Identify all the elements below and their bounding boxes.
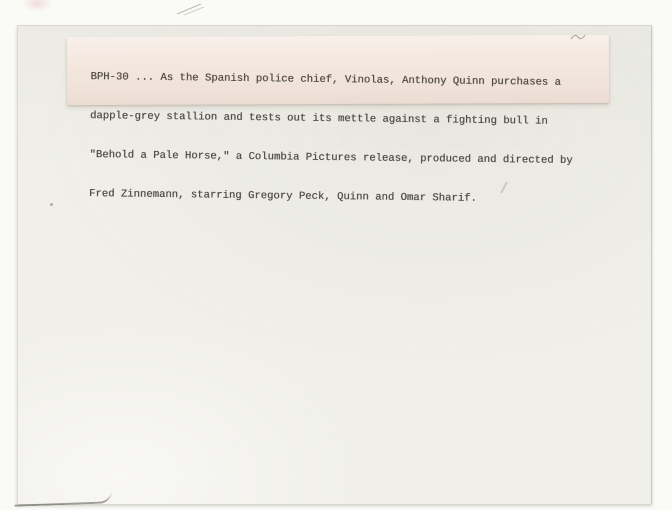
corner-shadow-mark xyxy=(14,490,112,506)
scanned-press-photo-back: BPH-30 ... As the Spanish police chief, … xyxy=(0,0,672,510)
grey-squiggle-mark xyxy=(570,32,586,42)
caption-strip: BPH-30 ... As the Spanish police chief, … xyxy=(67,35,609,105)
caption-line: BPH-30 ... As the Spanish police chief, … xyxy=(90,71,573,90)
caption-line: "Behold a Pale Horse," a Columbia Pictur… xyxy=(89,149,572,168)
pink-smudge-mark xyxy=(20,0,54,11)
typed-caption: BPH-30 ... As the Spanish police chief, … xyxy=(89,45,574,233)
dust-speck-mark xyxy=(50,203,53,206)
photo-verso: BPH-30 ... As the Spanish police chief, … xyxy=(17,25,652,504)
caption-line: dapple-grey stallion and tests out its m… xyxy=(90,110,573,129)
pencil-scratch-mark xyxy=(175,1,207,16)
